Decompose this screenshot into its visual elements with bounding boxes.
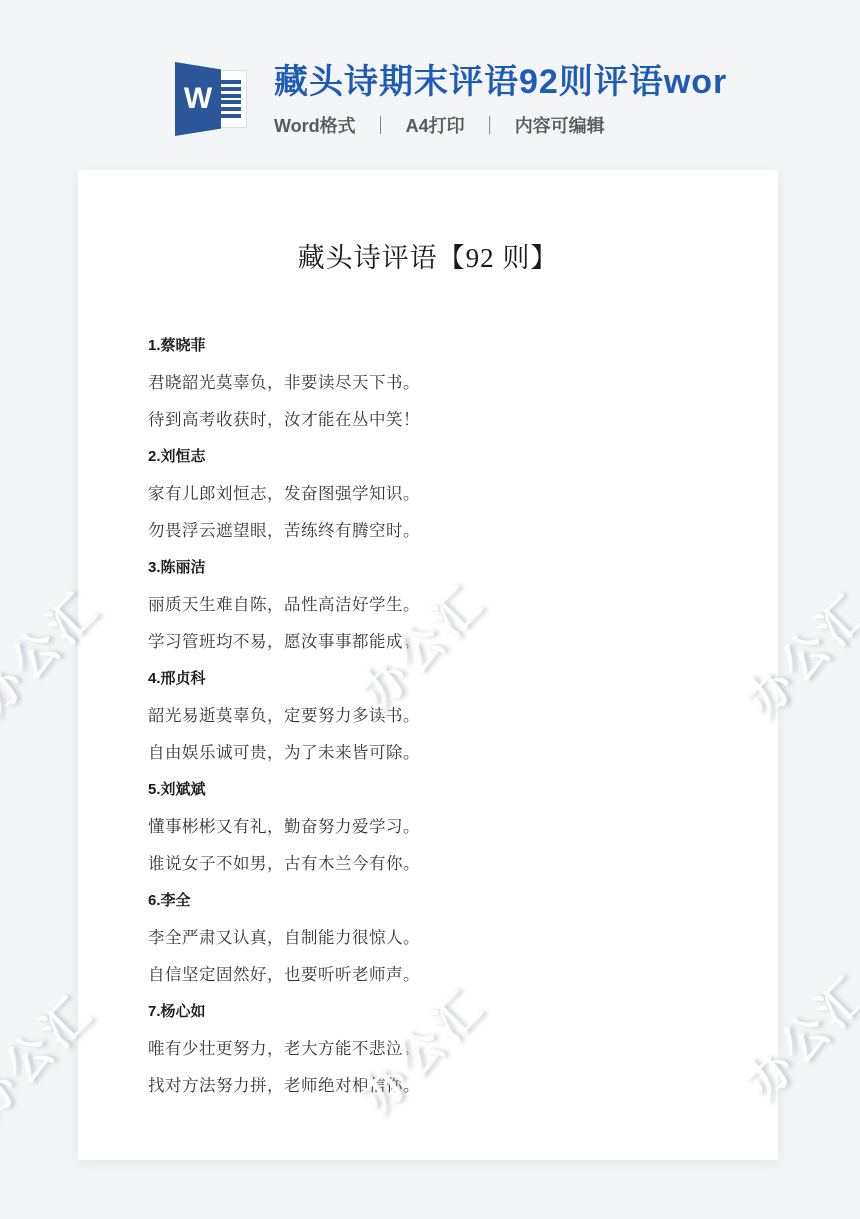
- entry-name: 6.李全: [148, 882, 708, 919]
- poem-line: 谁说女子不如男，古有木兰今有你。: [148, 845, 708, 882]
- document-title: 藏头诗评语【92 则】: [78, 236, 778, 275]
- poem-entry: 2.刘恒志家有儿郎刘恒志，发奋图强学知识。勿畏浮云遮望眼，苦练终有腾空时。: [148, 438, 708, 549]
- entry-name: 7.杨心如: [148, 993, 708, 1030]
- entry-name: 4.邢贞科: [148, 660, 708, 697]
- word-icon-cover: W: [175, 62, 221, 136]
- page-canvas: W 藏头诗期末评语92则评语wor Word格式 ｜ A4打印 ｜ 内容可编辑 …: [0, 0, 860, 1219]
- entry-name: 1.蔡晓菲: [148, 327, 708, 364]
- format-editable: 内容可编辑: [515, 112, 605, 138]
- format-word: Word格式: [274, 112, 356, 138]
- poem-line: 韶光易逝莫辜负，定要努力多读书。: [148, 697, 708, 734]
- poem-entry: 5.刘斌斌懂事彬彬又有礼，勤奋努力爱学习。谁说女子不如男，古有木兰今有你。: [148, 771, 708, 882]
- entry-name: 5.刘斌斌: [148, 771, 708, 808]
- format-print: A4打印: [406, 112, 465, 138]
- poem-line: 唯有少壮更努力，老大方能不悲泣。: [148, 1030, 708, 1067]
- poem-line: 李全严肃又认真，自制能力很惊人。: [148, 919, 708, 956]
- poem-line: 待到高考收获时，汝才能在丛中笑！: [148, 401, 708, 438]
- poem-entry: 7.杨心如唯有少壮更努力，老大方能不悲泣。找对方法努力拼，老师绝对相信你。: [148, 993, 708, 1104]
- separator-icon: ｜: [481, 112, 499, 138]
- document-page: 藏头诗评语【92 则】 1.蔡晓菲君晓韶光莫辜负，非要读尽天下书。待到高考收获时…: [78, 170, 778, 1160]
- entries-list: 1.蔡晓菲君晓韶光莫辜负，非要读尽天下书。待到高考收获时，汝才能在丛中笑！2.刘…: [78, 327, 778, 1104]
- poem-entry: 3.陈丽洁丽质天生难自陈，品性高洁好学生。学习管班均不易，愿汝事事都能成。: [148, 549, 708, 660]
- page-title: 藏头诗期末评语92则评语wor: [274, 62, 727, 102]
- poem-line: 自由娱乐诚可贵，为了未来皆可除。: [148, 734, 708, 771]
- separator-icon: ｜: [372, 112, 390, 138]
- poem-line: 自信坚定固然好，也要听听老师声。: [148, 956, 708, 993]
- poem-line: 懂事彬彬又有礼，勤奋努力爱学习。: [148, 808, 708, 845]
- poem-entry: 4.邢贞科韶光易逝莫辜负，定要努力多读书。自由娱乐诚可贵，为了未来皆可除。: [148, 660, 708, 771]
- poem-line: 家有儿郎刘恒志，发奋图强学知识。: [148, 475, 708, 512]
- poem-line: 勿畏浮云遮望眼，苦练终有腾空时。: [148, 512, 708, 549]
- poem-entry: 1.蔡晓菲君晓韶光莫辜负，非要读尽天下书。待到高考收获时，汝才能在丛中笑！: [148, 327, 708, 438]
- poem-line: 君晓韶光莫辜负，非要读尽天下书。: [148, 364, 708, 401]
- header: W 藏头诗期末评语92则评语wor Word格式 ｜ A4打印 ｜ 内容可编辑: [175, 62, 727, 138]
- poem-line: 找对方法努力拼，老师绝对相信你。: [148, 1067, 708, 1104]
- word-icon: W: [175, 62, 249, 136]
- word-icon-letter: W: [184, 82, 212, 116]
- poem-line: 丽质天生难自陈，品性高洁好学生。: [148, 586, 708, 623]
- entry-name: 3.陈丽洁: [148, 549, 708, 586]
- header-text: 藏头诗期末评语92则评语wor Word格式 ｜ A4打印 ｜ 内容可编辑: [274, 62, 727, 138]
- format-info: Word格式 ｜ A4打印 ｜ 内容可编辑: [274, 112, 727, 138]
- poem-entry: 6.李全李全严肃又认真，自制能力很惊人。自信坚定固然好，也要听听老师声。: [148, 882, 708, 993]
- entry-name: 2.刘恒志: [148, 438, 708, 475]
- poem-line: 学习管班均不易，愿汝事事都能成。: [148, 623, 708, 660]
